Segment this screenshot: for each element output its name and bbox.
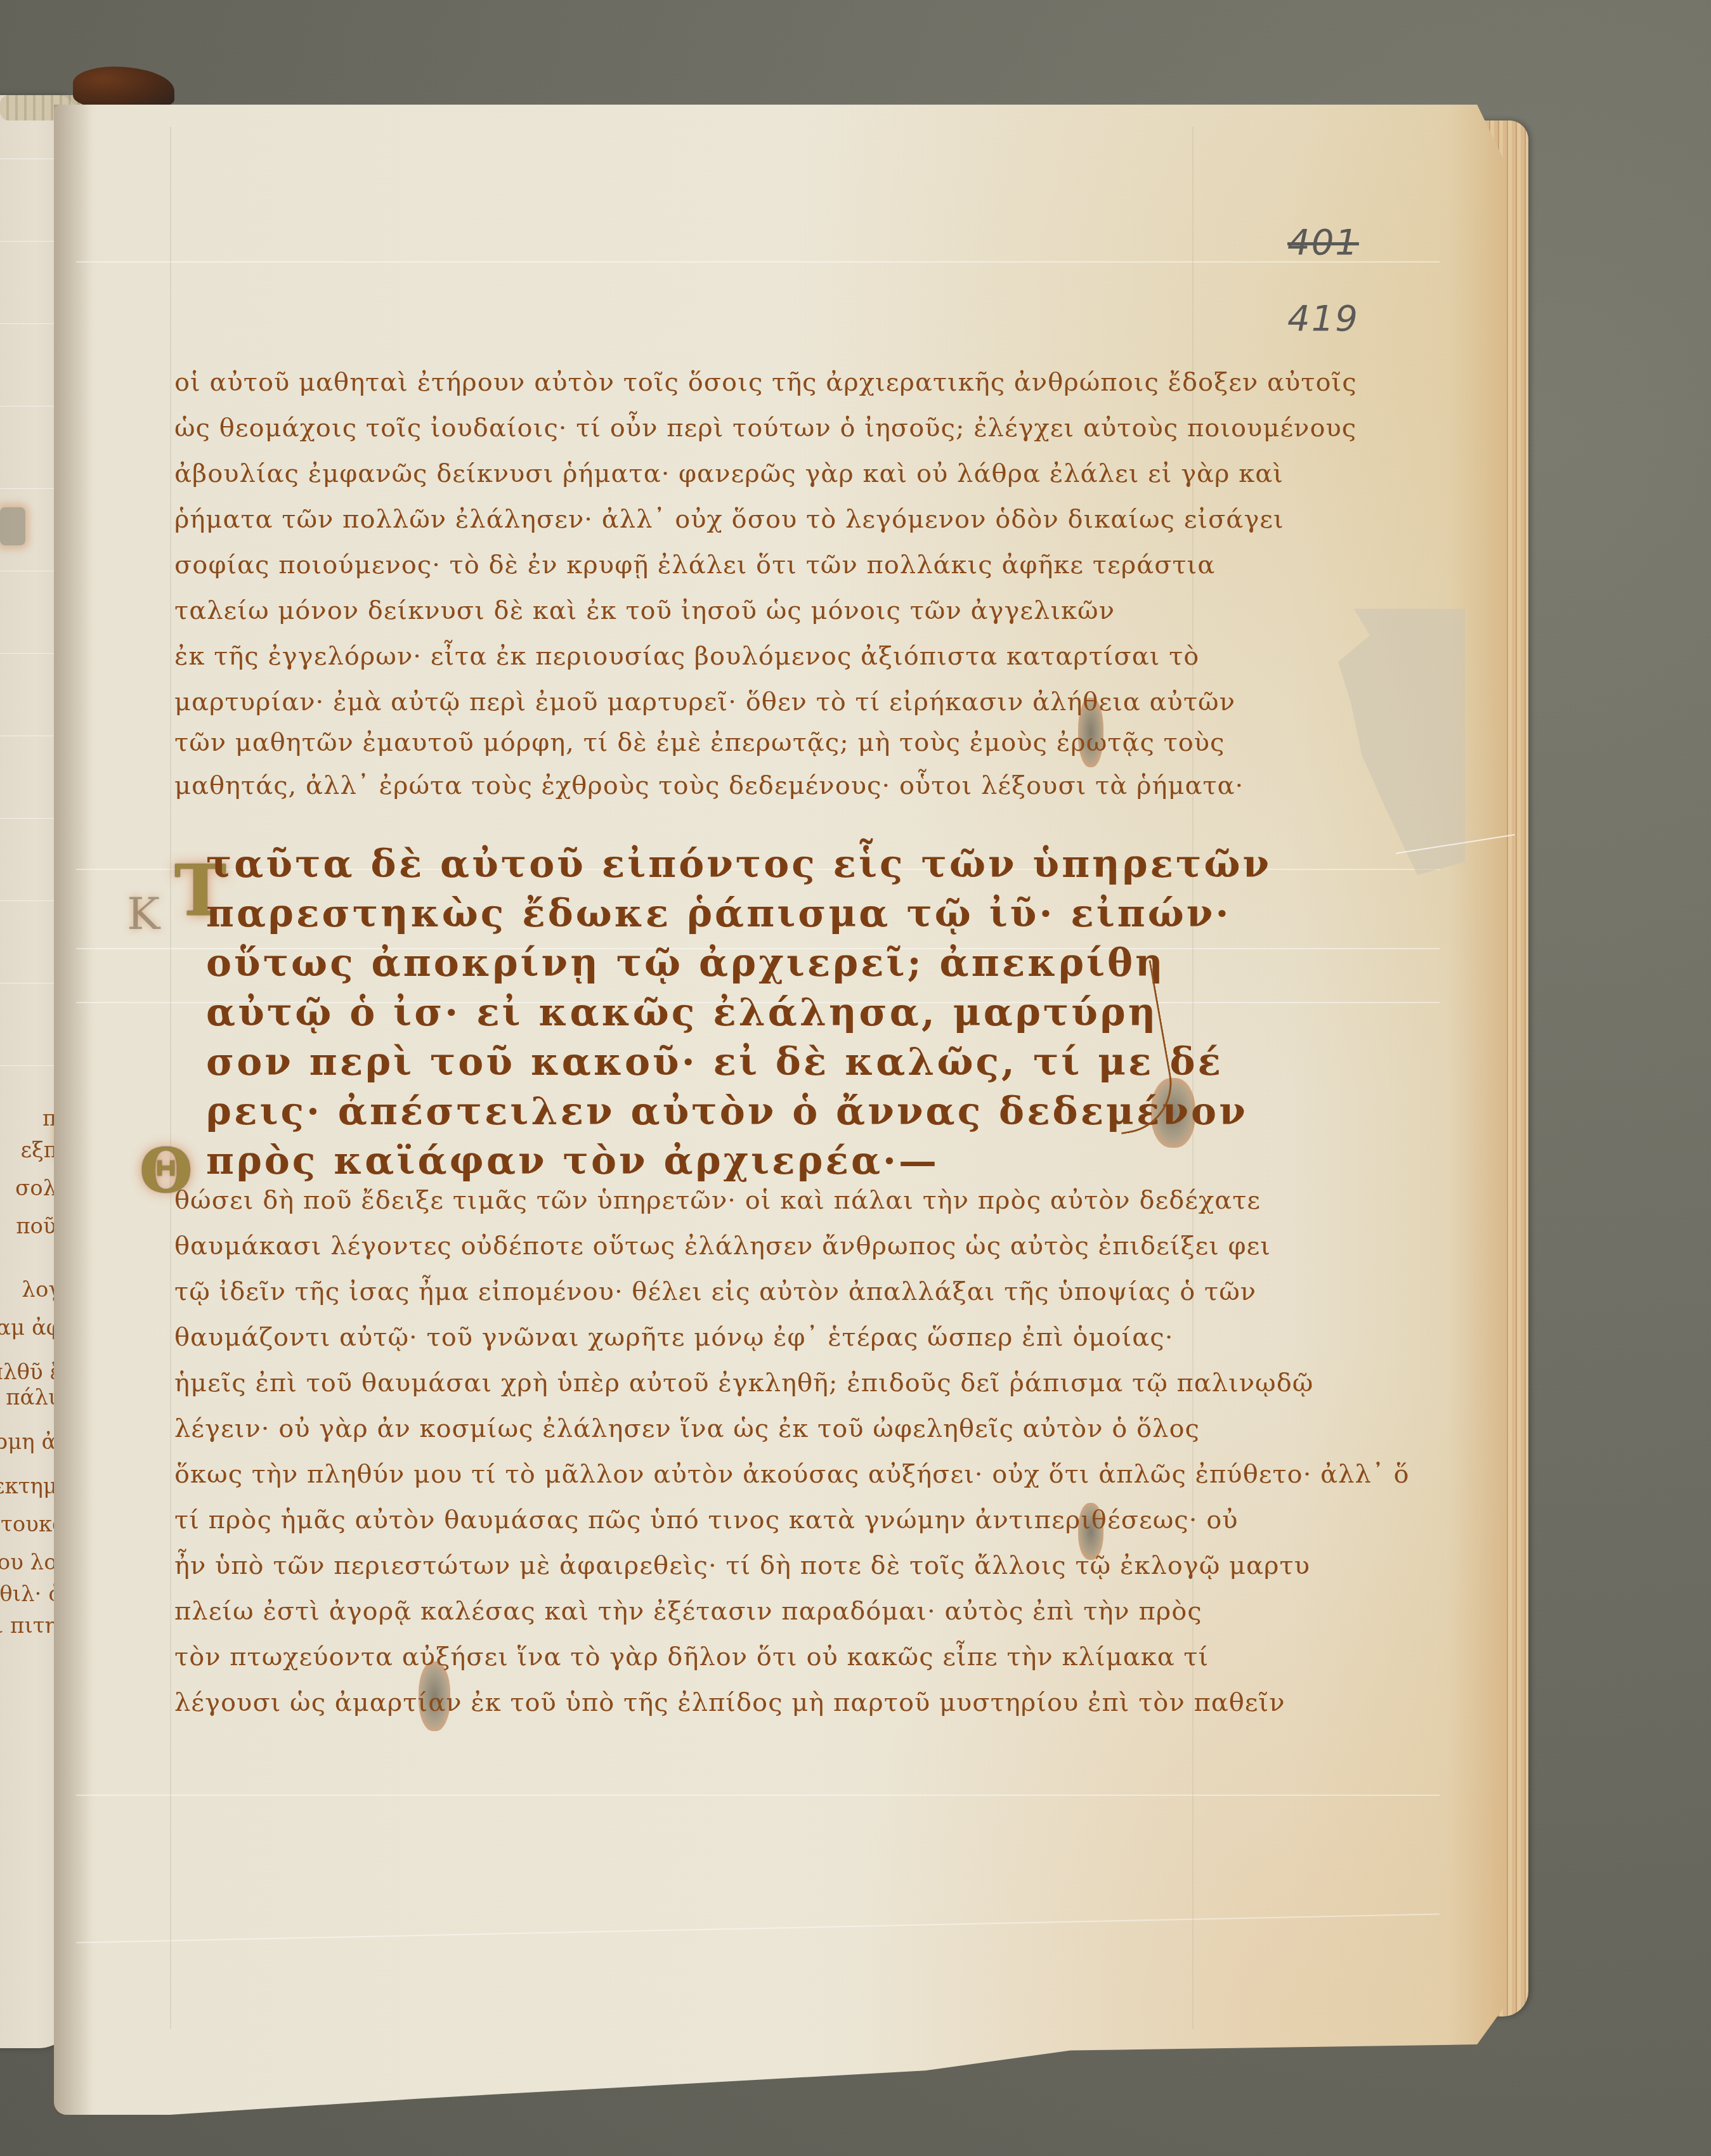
commentary-line: θαυμάζοντι αὐτῷ· τοῦ γνῶναι χωρῆτε μόνῳ … <box>174 1323 1173 1352</box>
commentary-line: ἦν ὑπὸ τῶν περιεστώτων μὲ ἀφαιρεθεὶς· τί… <box>174 1551 1310 1580</box>
commentary-line: μαθητάς, ἀλλ᾽ ἐρώτα τοὺς ἐχθροὺς τοὺς δε… <box>174 771 1244 800</box>
commentary-line: ἐκ τῆς ἐγγελόρων· εἶτα ἐκ περιουσίας βου… <box>174 642 1199 671</box>
commentary-line: ταλείω μόνον δείκνυσι δὲ καὶ ἐκ τοῦ ἰησο… <box>174 596 1115 625</box>
scan-stage: πν εξπτ σολυ ποῦκ λογι σραμ ἀφι πλθῦ ἔι … <box>0 0 1711 2156</box>
ink-blot-stain <box>0 507 25 545</box>
commentary-line: τῷ ἰδεῖν τῆς ἰσας ἦμα εἰπομένου· θέλει ε… <box>174 1277 1256 1306</box>
commentary-line: θαυμάκασι λέγοντες οὐδέποτε οὕτως ἐλάλησ… <box>174 1231 1271 1261</box>
commentary-line: τὸν πτωχεύοντα αὐξήσει ἵνα τὸ γὰρ δῆλον … <box>174 1642 1209 1672</box>
lemma-line: παρεστηκὼς ἔδωκε ῥάπισμα τῷ ἰῦ· εἰπών· <box>206 892 1231 936</box>
commentary-line: τί πρὸς ἡμᾶς αὐτὸν θαυμάσας πῶς ὑπό τινο… <box>174 1505 1239 1535</box>
commentary-line: πλείω ἐστὶ ἀγορᾷ καλέσας καὶ τὴν ἐξέτασι… <box>174 1597 1202 1626</box>
commentary-line: σοφίας ποιούμενος· τὸ δὲ ἐν κρυφῇ ἐλάλει… <box>174 550 1215 580</box>
folio-number-old-struck: 401 <box>1287 222 1359 263</box>
ruling-line <box>76 1795 1440 1796</box>
commentary-line: θώσει δὴ ποῦ ἔδειξε τιμᾶς τῶν ὑπηρετῶν· … <box>174 1186 1261 1215</box>
commentary-line: ἡμεῖς ἐπὶ τοῦ θαυμάσαι χρὴ ὑπὲρ αὐτοῦ ἐγ… <box>174 1368 1313 1398</box>
folio-number-current: 419 <box>1287 298 1359 339</box>
lemma-line: οὕτως ἀποκρίνῃ τῷ ἀρχιερεῖ; ἀπεκρίθη <box>206 941 1166 985</box>
ruling-line <box>76 261 1440 263</box>
commentary-line: ἀβουλίας ἐμφανῶς δείκνυσι ῥήματα· φανερῶ… <box>174 459 1284 488</box>
lemma-line: πρὸς καϊάφαν τὸν ἀρχιερέα·— <box>206 1139 939 1183</box>
commentary-line: ὡς θεομάχοις τοῖς ἰουδαίοις· τί οὖν περὶ… <box>174 413 1356 443</box>
commentary-line: λέγουσι ὡς ἀμαρτίαν ἐκ τοῦ ὑπὸ τῆς ἐλπίδ… <box>174 1688 1285 1717</box>
ruling-column <box>170 127 171 2029</box>
margin-section-letter: Κ <box>127 888 160 940</box>
commentary-line: λέγειν· οὐ γὰρ ἀν κοσμίως ἐλάλησεν ἵνα ὡ… <box>174 1414 1200 1443</box>
lemma-line: ταῦτα δὲ αὐτοῦ εἰπόντος εἷς τῶν ὑπηρετῶν <box>206 842 1272 886</box>
commentary-line: ῥήματα τῶν πολλῶν ἐλάλησεν· ἀλλ᾽ οὐχ ὅσο… <box>174 505 1284 534</box>
lemma-line: ρεις· ἀπέστειλεν αὐτὸν ὁ ἄννας δεδεμένον <box>206 1089 1248 1134</box>
commentary-line: ὅκως τὴν πληθύν μου τί τὸ μᾶλλον αὐτὸν ἀ… <box>174 1460 1410 1489</box>
commentary-line: μαρτυρίαν· ἐμὰ αὐτῷ περὶ ἐμοῦ μαρτυρεῖ· … <box>174 687 1235 717</box>
commentary-line: οἱ αὐτοῦ μαθηταὶ ἐτήρουν αὐτὸν τοῖς ὅσοι… <box>174 368 1357 397</box>
commentary-line: τῶν μαθητῶν ἐμαυτοῦ μόρφη, τί δὲ ἐμὲ ἐπε… <box>174 728 1225 757</box>
lemma-line: σον περὶ τοῦ κακοῦ· εἰ δὲ καλῶς, τί με δ… <box>206 1040 1223 1084</box>
gutter-shadow <box>54 105 92 2115</box>
binding-leather-fragment <box>73 67 174 108</box>
lemma-line: αὐτῷ ὁ ἰσ· εἰ κακῶς ἐλάλησα, μαρτύρη <box>206 990 1158 1035</box>
